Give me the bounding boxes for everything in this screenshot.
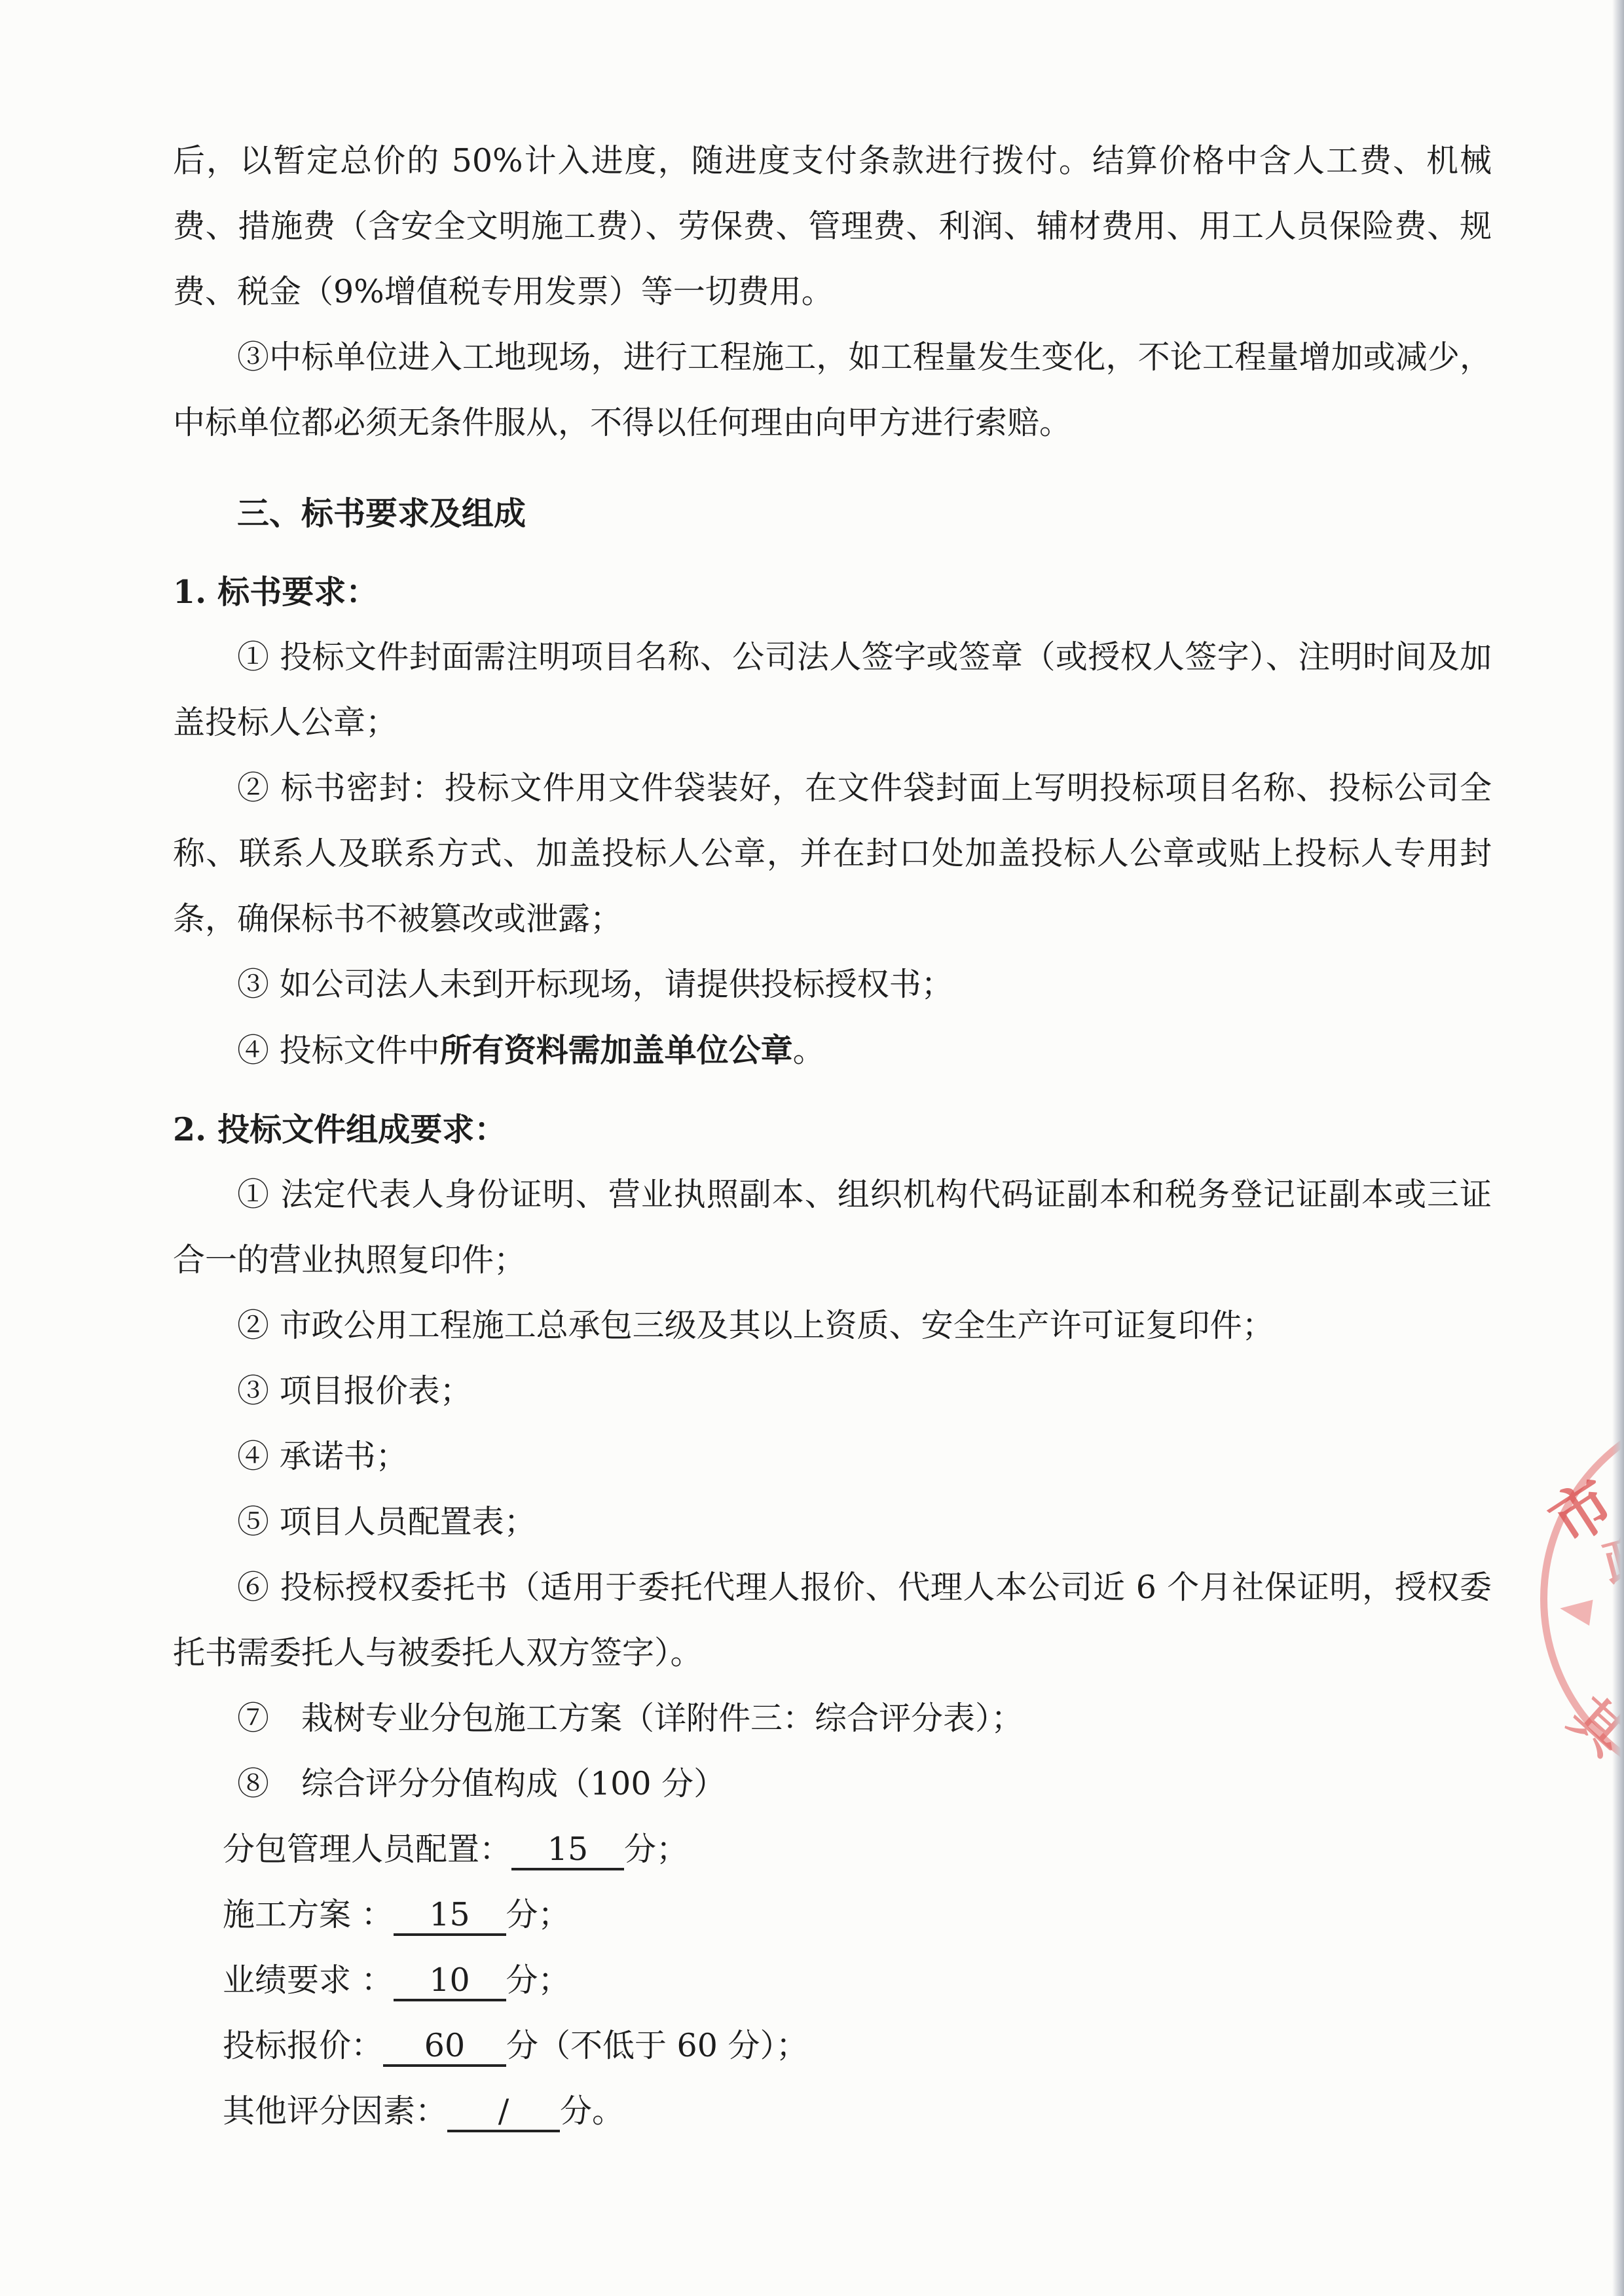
score-line: 其他评分因素：/分。 bbox=[173, 2079, 1492, 2144]
subsection-2-heading: 2. 投标文件组成要求： bbox=[173, 1097, 1492, 1162]
list-item: ⑥ 投标授权委托书（适用于委托代理人报价、代理人本公司近 6 个月社保证明，授权… bbox=[173, 1555, 1492, 1686]
list-item: ⑧ 综合评分分值构成（100 分） bbox=[173, 1751, 1492, 1817]
list-item: ③ 项目报价表； bbox=[173, 1358, 1492, 1424]
list-item: ① 法定代表人身份证明、营业执照副本、组织机构代码证副本和税务登记证副本或三证合… bbox=[173, 1162, 1492, 1293]
paragraph-change-order: ③中标单位进入工地现场，进行工程施工，如工程量发生变化，不论工程量增加或减少，中… bbox=[173, 325, 1492, 456]
score-line: 业绩要求 ：10分； bbox=[173, 1948, 1492, 2013]
list-item: ② 市政公用工程施工总承包三级及其以上资质、安全生产许可证复印件； bbox=[173, 1293, 1492, 1358]
scanned-document-page: 后，以暂定总价的 50%计入进度，随进度支付条款进行拨付。结算价格中含人工费、机… bbox=[0, 0, 1624, 2296]
document-body: 后，以暂定总价的 50%计入进度，随进度支付条款进行拨付。结算价格中含人工费、机… bbox=[173, 128, 1492, 2144]
score-label: 业绩要求 ： bbox=[223, 1961, 394, 1999]
list-item: ⑦ 栽树专业分包施工方案（详附件三：综合评分表）； bbox=[173, 1686, 1492, 1751]
score-line: 投标报价：60分（不低于 60 分）； bbox=[173, 2013, 1492, 2079]
score-suffix: 分； bbox=[624, 1831, 688, 1868]
list-item: ③ 如公司法人未到开标现场，请提供投标授权书； bbox=[173, 952, 1492, 1017]
paragraph-payment-terms: 后，以暂定总价的 50%计入进度，随进度支付条款进行拨付。结算价格中含人工费、机… bbox=[173, 128, 1492, 325]
score-label: 分包管理人员配置： bbox=[223, 1831, 511, 1868]
score-blank-value: 10 bbox=[394, 1962, 506, 2001]
seal-circle-border bbox=[1540, 1402, 1624, 1795]
score-label: 其他评分因素： bbox=[223, 2092, 447, 2130]
score-label: 施工方案 ： bbox=[223, 1896, 394, 1933]
item4-prefix: ④ 投标文件中 bbox=[237, 1032, 440, 1069]
score-blank-value: 60 bbox=[383, 2028, 506, 2067]
score-line: 分包管理人员配置：15分； bbox=[173, 1817, 1492, 1882]
score-blank-value: 15 bbox=[394, 1897, 506, 1936]
score-label: 投标报价： bbox=[223, 2027, 383, 2064]
score-suffix: 分； bbox=[506, 1961, 570, 1999]
section-heading: 三、标书要求及组成 bbox=[173, 481, 1492, 546]
list-item: ④ 承诺书； bbox=[173, 1424, 1492, 1489]
list-item: ⑤ 项目人员配置表； bbox=[173, 1489, 1492, 1555]
score-blank-value: 15 bbox=[511, 1831, 624, 1870]
item4-bold-text: 所有资料需加盖单位公章 bbox=[440, 1031, 793, 1069]
item4-suffix: 。 bbox=[793, 1032, 825, 1069]
seal-star-tip bbox=[1558, 1595, 1593, 1626]
list-item: ① 投标文件封面需注明项目名称、公司法人签字或签章（或授权人签字）、注明时间及加… bbox=[173, 625, 1492, 756]
score-suffix: 分（不低于 60 分）； bbox=[506, 2027, 808, 2064]
score-line: 施工方案 ：15分； bbox=[173, 1882, 1492, 1948]
list-item: ② 标书密封：投标文件用文件袋装好，在文件袋封面上写明投标项目名称、投标公司全称… bbox=[173, 756, 1492, 952]
scan-page-edge bbox=[1612, 0, 1624, 2296]
score-blank-value: / bbox=[447, 2093, 560, 2132]
score-suffix: 分。 bbox=[560, 2092, 624, 2130]
seal-character-top: 市 bbox=[1530, 1456, 1624, 1561]
list-item: ④ 投标文件中所有资料需加盖单位公章。 bbox=[173, 1017, 1492, 1084]
score-suffix: 分； bbox=[506, 1896, 570, 1933]
subsection-1-heading: 1. 标书要求： bbox=[173, 559, 1492, 625]
